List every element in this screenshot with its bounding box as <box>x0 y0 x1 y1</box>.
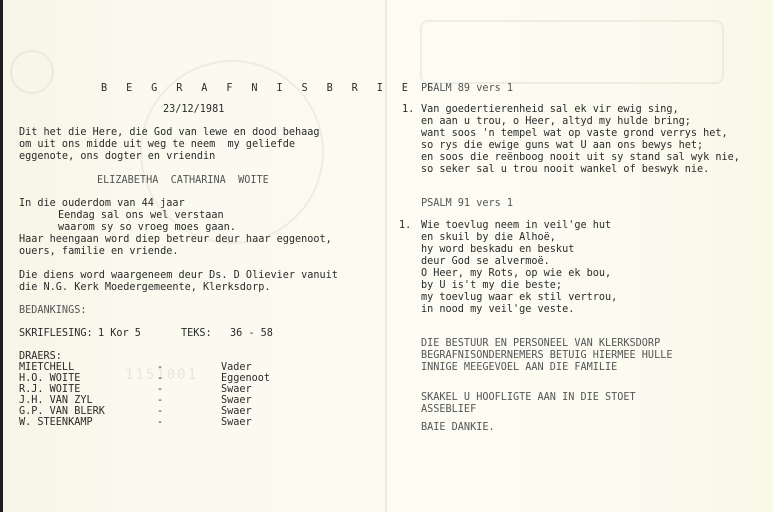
psalm-line: want soos 'n tempel wat op vaste grond v… <box>421 128 728 140</box>
psalm-line: Wie toevlug neem in veil'ge hut <box>421 220 611 232</box>
verse-line: waarom sy so vroeg moes gaan. <box>58 222 236 234</box>
text-value: 36 - 58 <box>230 328 273 340</box>
service-line: Die diens word waargeneem deur Ds. D Oli… <box>19 270 338 282</box>
closing-text: BAIE DANKIE. <box>421 422 495 434</box>
psalm-line: Van goedertierenheid sal ek vir ewig sin… <box>421 104 679 116</box>
intro-line: om uit ons midde uit weg te neem my geli… <box>19 139 295 151</box>
psalm-89-title: PSALM 89 vers 1 <box>421 83 513 95</box>
page-fold <box>385 0 387 512</box>
psalm-line: hy word beskadu en beskut <box>421 244 574 256</box>
psalm-line: en aan u trou, o Heer, altyd my hulde br… <box>421 116 691 128</box>
psalm-line: en soos die reënboog nooit uit sy stand … <box>421 152 740 164</box>
bearer-relation: Swaer <box>221 417 252 429</box>
psalm-line: in nood my veil'ge veste. <box>421 304 574 316</box>
reading-label: SKRIFLESING: <box>19 328 93 340</box>
psalm-line: O Heer, my Rots, op wie ek bou, <box>421 268 611 280</box>
psalm-line: deur God se alvermoë. <box>421 256 550 268</box>
undertakers-line: BEGRAFNISONDERNEMERS BETUIG HIERMEE HULL… <box>421 350 672 362</box>
psalm-line: so rys die ewige guns wat U aan ons bewy… <box>421 140 703 152</box>
document-title: B E G R A F N I S B R I E F <box>101 83 439 95</box>
mourned-line: ouers, familie en vriende. <box>19 246 178 258</box>
age-line: In die ouderdom van 44 jaar <box>19 198 185 210</box>
undertakers-line: DIE BESTUUR EN PERSONEEL VAN KLERKSDORP <box>421 338 660 350</box>
bleed-through-mark <box>420 20 724 84</box>
text-label: TEKS: <box>181 328 212 340</box>
psalm-line: my toevlug waar ek stil vertrou, <box>421 292 617 304</box>
scan-edge <box>0 0 3 512</box>
request-line: SKAKEL U HOOFLIGTE AAN IN DIE STOET <box>421 392 636 404</box>
psalm-line: en skuil by die Alhoë, <box>421 232 556 244</box>
thanks-label: BEDANKINGS: <box>19 305 86 317</box>
verse-line: Eendag sal ons wel verstaan <box>58 210 224 222</box>
bearer-dash: - <box>157 417 163 429</box>
request-line: ASSEBLIEF <box>421 404 476 416</box>
intro-line: Dit het die Here, die God van lewe en do… <box>19 127 320 139</box>
bleed-through-mark <box>10 50 54 94</box>
intro-line: eggenote, ons dogter en vriendin <box>19 151 215 163</box>
bearer-name: W. STEENKAMP <box>19 417 93 429</box>
verse-number: 1. <box>402 104 414 116</box>
service-line: die N.G. Kerk Moedergemeente, Klerksdorp… <box>19 282 270 294</box>
psalm-91-title: PSALM 91 vers 1 <box>421 198 513 210</box>
document-date: 23/12/1981 <box>163 104 224 116</box>
psalm-line: so seker sal u trou nooit wankel of besw… <box>421 164 709 176</box>
psalm-line: by U is't my die beste; <box>421 280 562 292</box>
reading-value: 1 Kor 5 <box>98 328 141 340</box>
mourned-line: Haar heengaan word diep betreur deur haa… <box>19 234 332 246</box>
deceased-name: ELIZABETHA CATHARINA WOITE <box>97 175 269 187</box>
verse-number: 1. <box>399 220 411 232</box>
undertakers-line: INNIGE MEEGEVOEL AAN DIE FAMILIE <box>421 362 617 374</box>
